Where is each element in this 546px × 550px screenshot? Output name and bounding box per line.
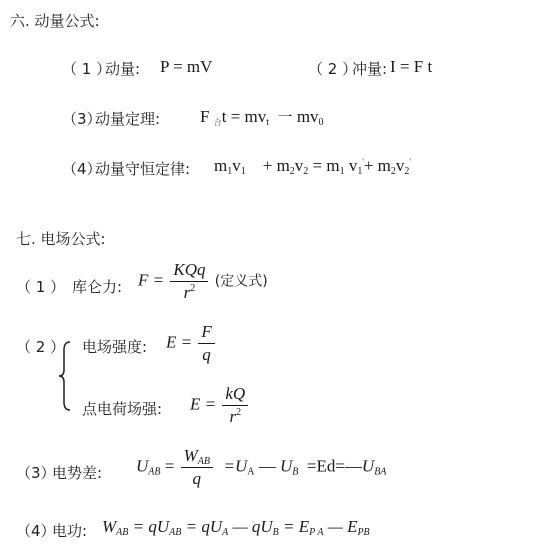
plus-m: + m [364, 156, 391, 175]
sub: 2 [303, 166, 308, 177]
sub: 1 [357, 166, 362, 177]
f-symbol: F [200, 107, 209, 126]
uba: U [362, 456, 374, 475]
v: v [232, 156, 241, 175]
point-charge-label: 点电荷场强: [82, 398, 162, 419]
brace-icon [58, 340, 72, 412]
lhs: E = [190, 394, 216, 413]
net-subscript: 合 [214, 118, 222, 127]
u: U [136, 456, 148, 475]
sub: AB [148, 466, 160, 477]
ub: U [280, 456, 292, 475]
conservation-formula: m1v1 + m2v2 = m1 v1'+ m2v2' [214, 156, 411, 176]
sub: AB [169, 527, 181, 538]
formula-rest: t = mv [222, 107, 267, 126]
minus: — [259, 456, 276, 475]
sub: AB [198, 456, 210, 467]
item-momentum-number: （ 1 ） [62, 58, 111, 79]
q: q [193, 468, 202, 489]
sub: A [247, 466, 254, 477]
sub: 1 [340, 166, 345, 177]
coulomb-formula: F = KQq r2 (定义式) [138, 260, 268, 303]
item-work-number: （4） [16, 520, 56, 541]
sub: BA [374, 466, 386, 477]
section-7-title: 七. 电场公式: [16, 228, 106, 249]
momentum-theorem-formula: F 合t = mvt 一 mv0 [200, 106, 324, 128]
eq: = [165, 456, 175, 475]
numerator: kQ [222, 384, 248, 406]
work-label: 电功: [52, 520, 87, 541]
eq-m: = m [313, 156, 340, 175]
item-momentum-theorem-label: 动量定理: [95, 108, 160, 129]
plus-m: + m [263, 156, 290, 175]
mv0: mv [297, 107, 319, 126]
term: = qU [133, 517, 170, 536]
term: = qU [186, 517, 223, 536]
term: — E [328, 517, 358, 536]
momentum-formula: P = mV [160, 57, 212, 77]
potential-diff-formula: UAB = WAB q =UA — UB =Ed=—UBA [136, 446, 386, 489]
item-coulomb-number: （ 1 ） [16, 276, 65, 297]
sub: P A [309, 527, 323, 538]
m: m [214, 156, 227, 175]
fraction: F q [198, 322, 214, 365]
sub: B [292, 466, 298, 477]
denominator: q [202, 344, 211, 365]
w: W [102, 517, 116, 536]
item-conservation-label: 动量守恒定律: [95, 158, 190, 179]
item-potential-diff-number: （3） [16, 462, 56, 483]
zero-subscript: 0 [319, 117, 324, 128]
item-impulse-label: 冲量: [352, 58, 387, 79]
work-formula: WAB = qUAB = qUA — qUB = EP A — EPB [102, 517, 370, 537]
exponent: 2 [190, 283, 195, 294]
fraction: WAB q [181, 446, 213, 489]
sub: 1 [241, 166, 246, 177]
sub: 2 [404, 166, 409, 177]
minus-sign: 一 [278, 108, 293, 126]
lhs: E = [166, 332, 192, 351]
ua: =U [223, 456, 247, 475]
sub: B [273, 527, 279, 538]
potential-diff-label: 电势差: [52, 462, 102, 483]
definition-note: (定义式) [215, 273, 268, 289]
term: = E [283, 517, 309, 536]
ed: =Ed=— [307, 456, 362, 475]
point-charge-formula: E = kQ r2 [190, 384, 250, 427]
item-coulomb-label: 库仑力: [72, 276, 122, 297]
t-subscript: t [266, 117, 269, 128]
section-6-title: 六. 动量公式: [10, 10, 100, 31]
impulse-formula: I = F t [390, 57, 432, 77]
lhs: F = [138, 270, 164, 289]
sub: A [222, 527, 228, 538]
exponent: 2 [236, 407, 241, 418]
item-momentum-label: 动量: [105, 58, 140, 79]
term: — qU [232, 517, 272, 536]
field-strength-label: 电场强度: [82, 336, 147, 357]
w: W [184, 446, 198, 465]
field-strength-formula: E = F q [166, 322, 217, 365]
sub: AB [116, 527, 128, 538]
item-impulse-number: （ 2 ） [308, 58, 357, 79]
fraction: KQq r2 [170, 260, 208, 303]
sub: PB [357, 527, 369, 538]
numerator: KQq [170, 260, 208, 282]
numerator: F [198, 322, 214, 344]
fraction: kQ r2 [222, 384, 248, 427]
